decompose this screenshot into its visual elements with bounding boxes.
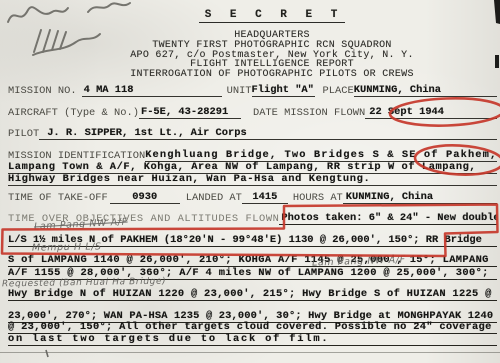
pilot-label: PILOT bbox=[8, 128, 39, 141]
hours-at-value: KUNMING, China bbox=[346, 191, 433, 203]
mission-no-label: MISSION NO. bbox=[8, 85, 77, 98]
pilot-field: J. R. SIPPER, 1st Lt., Air Corps bbox=[39, 127, 497, 140]
place-field: KUNMING, China bbox=[354, 84, 497, 97]
mission-id-field-3: Highway Bridges near Huizan, Wan Pa-Hsa … bbox=[8, 173, 497, 186]
mission-no-field: 4 MA 118 bbox=[82, 84, 222, 97]
aircraft-value: F-5E, 43-28291 bbox=[141, 106, 228, 118]
mission-id-line2: Lampang Town & A/F, Kohga, Area NW of La… bbox=[8, 161, 476, 173]
report-header: S E C R E T HEADQUARTERS TWENTY FIRST PH… bbox=[40, 4, 500, 80]
date-flown-field: 22 Sept 1944 bbox=[365, 106, 497, 119]
place-label: PLACE bbox=[323, 85, 354, 98]
objectives-text-2: S of LAMPANG 1140 @ 26,000', 210°; KOHGA… bbox=[8, 254, 489, 266]
objectives-text-4: Hwy Bridge N of HUIZAN 1220 @ 23,000', 2… bbox=[8, 288, 492, 300]
landed-value: 1415 bbox=[252, 191, 277, 203]
takeoff-label: TIME OF TAKE-OFF bbox=[8, 192, 108, 205]
objectives-line-2: S of LAMPANG 1140 @ 26,000', 210°; KOHGA… bbox=[8, 254, 497, 267]
objectives-text-7: on last two targets due to lack of film. bbox=[8, 333, 329, 345]
scanned-flight-intelligence-report: S E C R E T HEADQUARTERS TWENTY FIRST PH… bbox=[0, 0, 500, 363]
objectives-line-4: Hwy Bridge N of HUIZAN 1220 @ 23,000', 2… bbox=[8, 288, 497, 301]
classification-banner: S E C R E T bbox=[199, 9, 346, 23]
date-flown-value: 22 Sept 1944 bbox=[369, 106, 444, 118]
date-flown-label: DATE MISSION FLOWN bbox=[253, 107, 365, 120]
mission-id-continuation-2: Highway Bridges near Huizan, Wan Pa-Hsa … bbox=[8, 173, 497, 186]
unit-value: Flight "A" bbox=[252, 84, 314, 96]
landed-label: LANDED AT bbox=[186, 192, 242, 205]
aircraft-label: AIRCRAFT (Type & No.) bbox=[8, 107, 139, 120]
mission-no-value: 4 MA 118 bbox=[84, 84, 134, 96]
bottom-rule bbox=[0, 352, 500, 353]
takeoff-field: 0930 bbox=[110, 191, 180, 204]
field-line-takeoff: TIME OF TAKE-OFF 0930 LANDED AT 1415 HOU… bbox=[8, 191, 497, 204]
takeoff-value: 0930 bbox=[132, 191, 157, 203]
mission-id-line1: Kenghluang Bridge, Two Bridges S & SE of… bbox=[145, 149, 497, 161]
field-line-mission: MISSION NO. 4 MA 118 UNIT Flight "A" PLA… bbox=[8, 84, 497, 97]
pilot-value: J. R. SIPPER, 1st Lt., Air Corps bbox=[47, 127, 247, 139]
landed-field: 1415 bbox=[242, 191, 288, 204]
objectives-text-6: @ 23,000', 150°; All other targets cloud… bbox=[8, 321, 492, 333]
objectives-field-2: S of LAMPANG 1140 @ 26,000', 210°; KOHGA… bbox=[8, 254, 497, 267]
header-interrogation: INTERROGATION OF PHOTOGRAPHIC PILOTS OR … bbox=[40, 70, 500, 80]
objectives-field-4: Hwy Bridge N of HUIZAN 1220 @ 23,000', 2… bbox=[8, 288, 497, 301]
unit-field: Flight "A" bbox=[252, 84, 315, 97]
objectives-line-7: on last two targets due to lack of film. bbox=[8, 333, 497, 346]
objectives-intro: Photos taken: 6" & 24" - New double bbox=[281, 212, 497, 224]
hours-at-label: HOURS AT bbox=[293, 192, 343, 205]
objectives-intro-field: Photos taken: 6" & 24" - New double bbox=[279, 212, 497, 225]
mission-id-line3: Highway Bridges near Huizan, Wan Pa-Hsa … bbox=[8, 173, 370, 185]
objectives-field-7: on last two targets due to lack of film. bbox=[8, 333, 497, 346]
unit-label: UNIT bbox=[227, 85, 252, 98]
place-value: KUNMING, China bbox=[354, 84, 441, 96]
field-line-aircraft: AIRCRAFT (Type & No.) F-5E, 43-28291 DAT… bbox=[8, 106, 497, 119]
hours-at-field: KUNMING, China bbox=[343, 191, 497, 204]
pencil-note-below-pakhem: Mempu H L/S bbox=[32, 241, 102, 253]
aircraft-field: F-5E, 43-28291 bbox=[139, 106, 241, 119]
field-line-pilot: PILOT J. R. SIPPER, 1st Lt., Air Corps bbox=[8, 127, 497, 140]
